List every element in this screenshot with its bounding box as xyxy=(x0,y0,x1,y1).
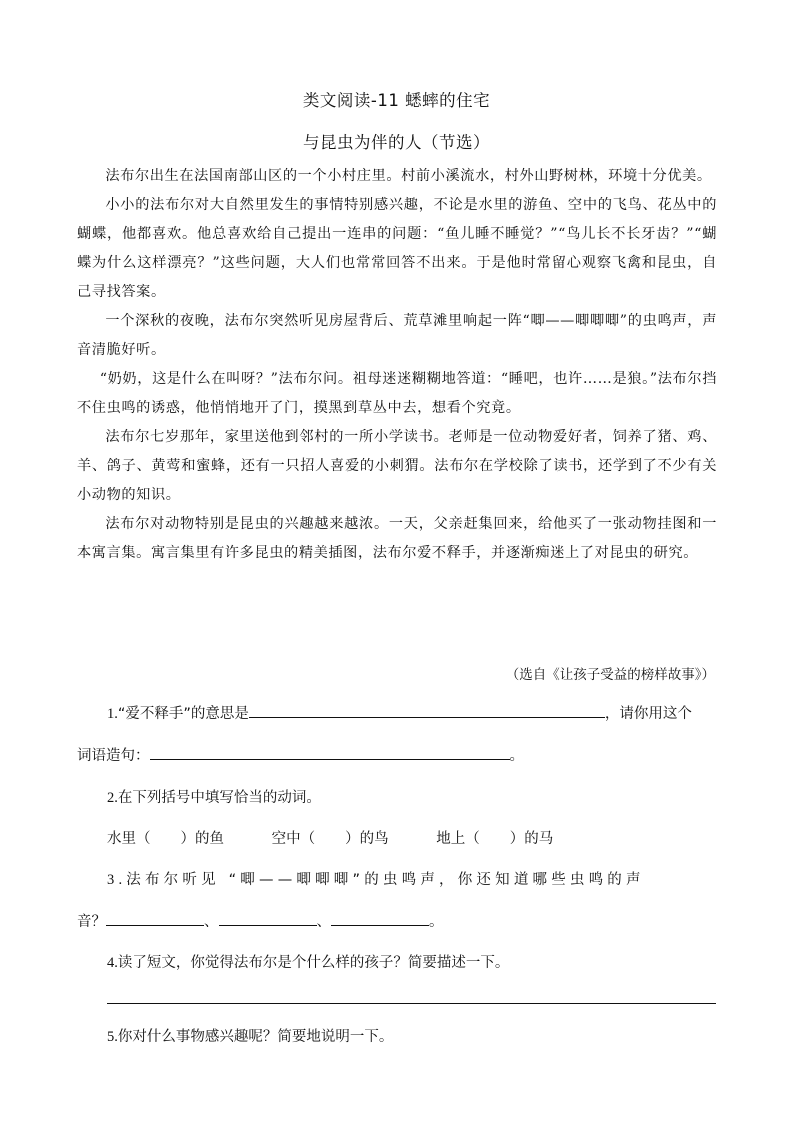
answer-blank-sentence[interactable] xyxy=(150,745,510,760)
question-text: “爱不释手”的意思是 xyxy=(118,706,249,722)
question-text: 在下列括号中填写恰当的动词。 xyxy=(118,790,321,806)
passage-title: 与昆虫为伴的人（节选） xyxy=(0,129,793,153)
fill-prefix: 空中（ xyxy=(272,831,316,847)
paragraph: “奶奶，这是什么在叫呀？”法布尔问。祖母迷迷糊糊地答道：“睡吧，也许……是狼。”… xyxy=(77,365,717,423)
question-text: ，请你用这个 xyxy=(605,706,692,722)
question-4: 4.读了短文，你觉得法布尔是个什么样的孩子？简要描述一下。 xyxy=(107,951,747,972)
fill-item: 地上（）的马 xyxy=(436,827,596,848)
passage-source: （选自《让孩子受益的榜样故事》） xyxy=(506,663,715,683)
answer-blank-meaning[interactable] xyxy=(249,703,605,718)
fill-prefix: 水里（ xyxy=(107,831,151,847)
period: 。 xyxy=(510,748,525,764)
question-number: 3. xyxy=(107,872,126,888)
question-text: 音？ xyxy=(77,914,106,930)
question-number: 5. xyxy=(107,1029,118,1045)
paragraph: 法布尔七岁那年，家里送他到邻村的一所小学读书。老师是一位动物爱好者，饲养了猪、鸡… xyxy=(77,423,717,510)
question-number: 1. xyxy=(107,706,118,722)
fill-suffix: ）的鸟 xyxy=(345,831,389,847)
question-number: 2. xyxy=(107,790,118,806)
fill-suffix: ）的鱼 xyxy=(181,831,225,847)
fill-item: 空中（）的鸟 xyxy=(272,827,432,848)
question-text: 读了短文，你觉得法布尔是个什么样的孩子？简要描述一下。 xyxy=(118,955,510,971)
fill-item: 水里（）的鱼 xyxy=(107,827,267,848)
question-3: 3.法布尔听见 “唧——唧唧唧”的虫鸣声，你还知道哪些虫鸣的声 xyxy=(107,868,717,889)
paragraph: 一个深秋的夜晚，法布尔突然听见房屋背后、荒草滩里响起一阵“唧——唧唧唧”的虫鸣声… xyxy=(77,307,717,365)
question-1: 1.“爱不释手”的意思是，请你用这个 xyxy=(107,702,717,723)
question-2-items: 水里（）的鱼 空中（）的鸟 地上（）的马 xyxy=(107,827,747,848)
worksheet-page: 类文阅读-11 蟋蟀的住宅 与昆虫为伴的人（节选） 法布尔出生在法国南部山区的一… xyxy=(0,0,793,1122)
passage-body: 法布尔出生在法国南部山区的一个小村庄里。村前小溪流水，村外山野树林，环境十分优美… xyxy=(77,162,717,568)
question-3-cont: 音？、、。 xyxy=(77,910,717,931)
separator: 、 xyxy=(317,914,332,930)
question-number: 4. xyxy=(107,955,118,971)
page-title: 类文阅读-11 蟋蟀的住宅 xyxy=(0,87,793,111)
question-1-cont: 词语造句：。 xyxy=(77,744,717,765)
fill-suffix: ）的马 xyxy=(510,831,554,847)
paragraph: 小小的法布尔对大自然里发生的事情特别感兴趣，不论是水里的游鱼、空中的飞鸟、花丛中… xyxy=(77,191,717,307)
question-text: 你对什么事物感兴趣呢？简要地说明一下。 xyxy=(118,1029,394,1045)
question-text: 法布尔听见 “唧——唧唧唧”的虫鸣声，你还知道哪些虫鸣的声 xyxy=(126,872,644,888)
paragraph: 法布尔出生在法国南部山区的一个小村庄里。村前小溪流水，村外山野树林，环境十分优美… xyxy=(77,162,717,191)
answer-blank-sound-3[interactable] xyxy=(331,911,429,926)
paragraph: 法布尔对动物特别是昆虫的兴趣越来越浓。一天，父亲赶集回来，给他买了一张动物挂图和… xyxy=(77,510,717,568)
answer-line-q4[interactable] xyxy=(107,1003,716,1004)
question-text: 词语造句： xyxy=(77,748,150,764)
answer-blank-sound-1[interactable] xyxy=(106,911,204,926)
separator: 、 xyxy=(204,914,219,930)
fill-prefix: 地上（ xyxy=(436,831,480,847)
question-2: 2.在下列括号中填写恰当的动词。 xyxy=(107,786,747,807)
answer-blank-sound-2[interactable] xyxy=(219,911,317,926)
period: 。 xyxy=(429,914,444,930)
question-5: 5.你对什么事物感兴趣呢？简要地说明一下。 xyxy=(107,1025,747,1046)
